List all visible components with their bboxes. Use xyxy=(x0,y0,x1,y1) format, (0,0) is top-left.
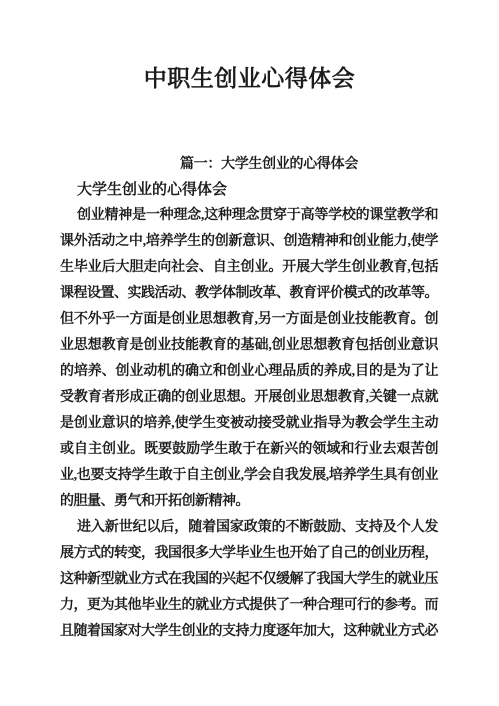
body-paragraph: 进入新世纪以后，随着国家政策的不断鼓励、支持及个人发展方式的转变，我国很多大学毕… xyxy=(60,515,438,645)
section-heading: 篇一：大学生创业的心得体会 xyxy=(0,152,499,178)
document-page: 中职生创业心得体会 篇一：大学生创业的心得体会 大学生创业的心得体会 创业精神是… xyxy=(0,0,499,706)
body-paragraph: 创业精神是一种理念,这种理念贯穿于高等学校的课堂教学和课外活动之中,培养学生的创… xyxy=(60,203,438,515)
document-title: 中职生创业心得体会 xyxy=(0,62,499,96)
document-body: 大学生创业的心得体会 创业精神是一种理念,这种理念贯穿于高等学校的课堂教学和课外… xyxy=(60,177,438,645)
subsection-heading: 大学生创业的心得体会 xyxy=(60,177,438,203)
